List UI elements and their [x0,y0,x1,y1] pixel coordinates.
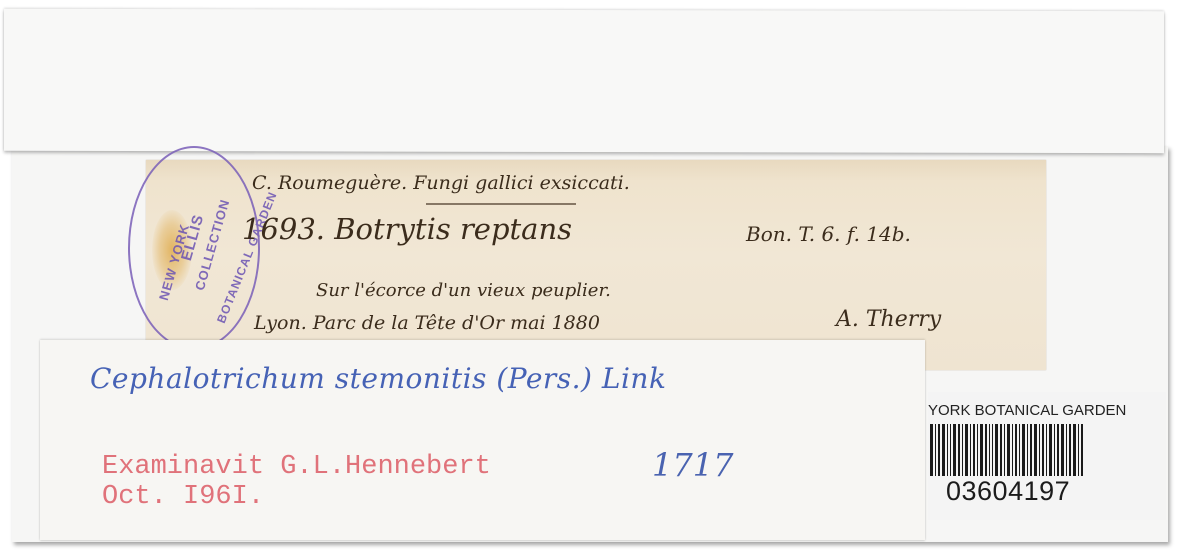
ellis-collection-stamp: NEW YORK ELLIS COLLECTION BOTANICAL GARD… [128,146,260,350]
institution-name: YORK BOTANICAL GARDEN [928,402,1126,419]
locality-date: Lyon. Parc de la Tête d'Or mai 1880 [254,312,600,334]
collector-name: A. Therry [836,307,941,332]
original-exsiccata-label: NEW YORK ELLIS COLLECTION BOTANICAL GARD… [146,160,1046,370]
barcode-number: 03604197 [946,476,1070,507]
barcode-icon [930,424,1126,476]
envelope-flap [4,9,1164,153]
determination-number: 1717 [652,446,733,484]
barcode-label: YORK BOTANICAL GARDEN 03604197 [928,392,1166,520]
substrate-note: Sur l'écorce d'un vieux peuplier. [316,280,611,301]
examinavit-line: Examinavit G.L.Hennebert [102,452,491,482]
underline [426,203,576,205]
exsiccata-number-taxon: 1693. Botrytis reptans [242,212,572,246]
exsiccata-series-header: C. Roumeguère. Fungi gallici exsiccati. [252,172,630,194]
taxon-reference: Bon. T. 6. f. 14b. [746,222,911,246]
determination-label: Cephalotrichum stemonitis (Pers.) Link E… [40,340,925,540]
examination-date: Oct. I96I. [102,482,264,512]
determination-name: Cephalotrichum stemonitis (Pers.) Link [90,362,666,395]
